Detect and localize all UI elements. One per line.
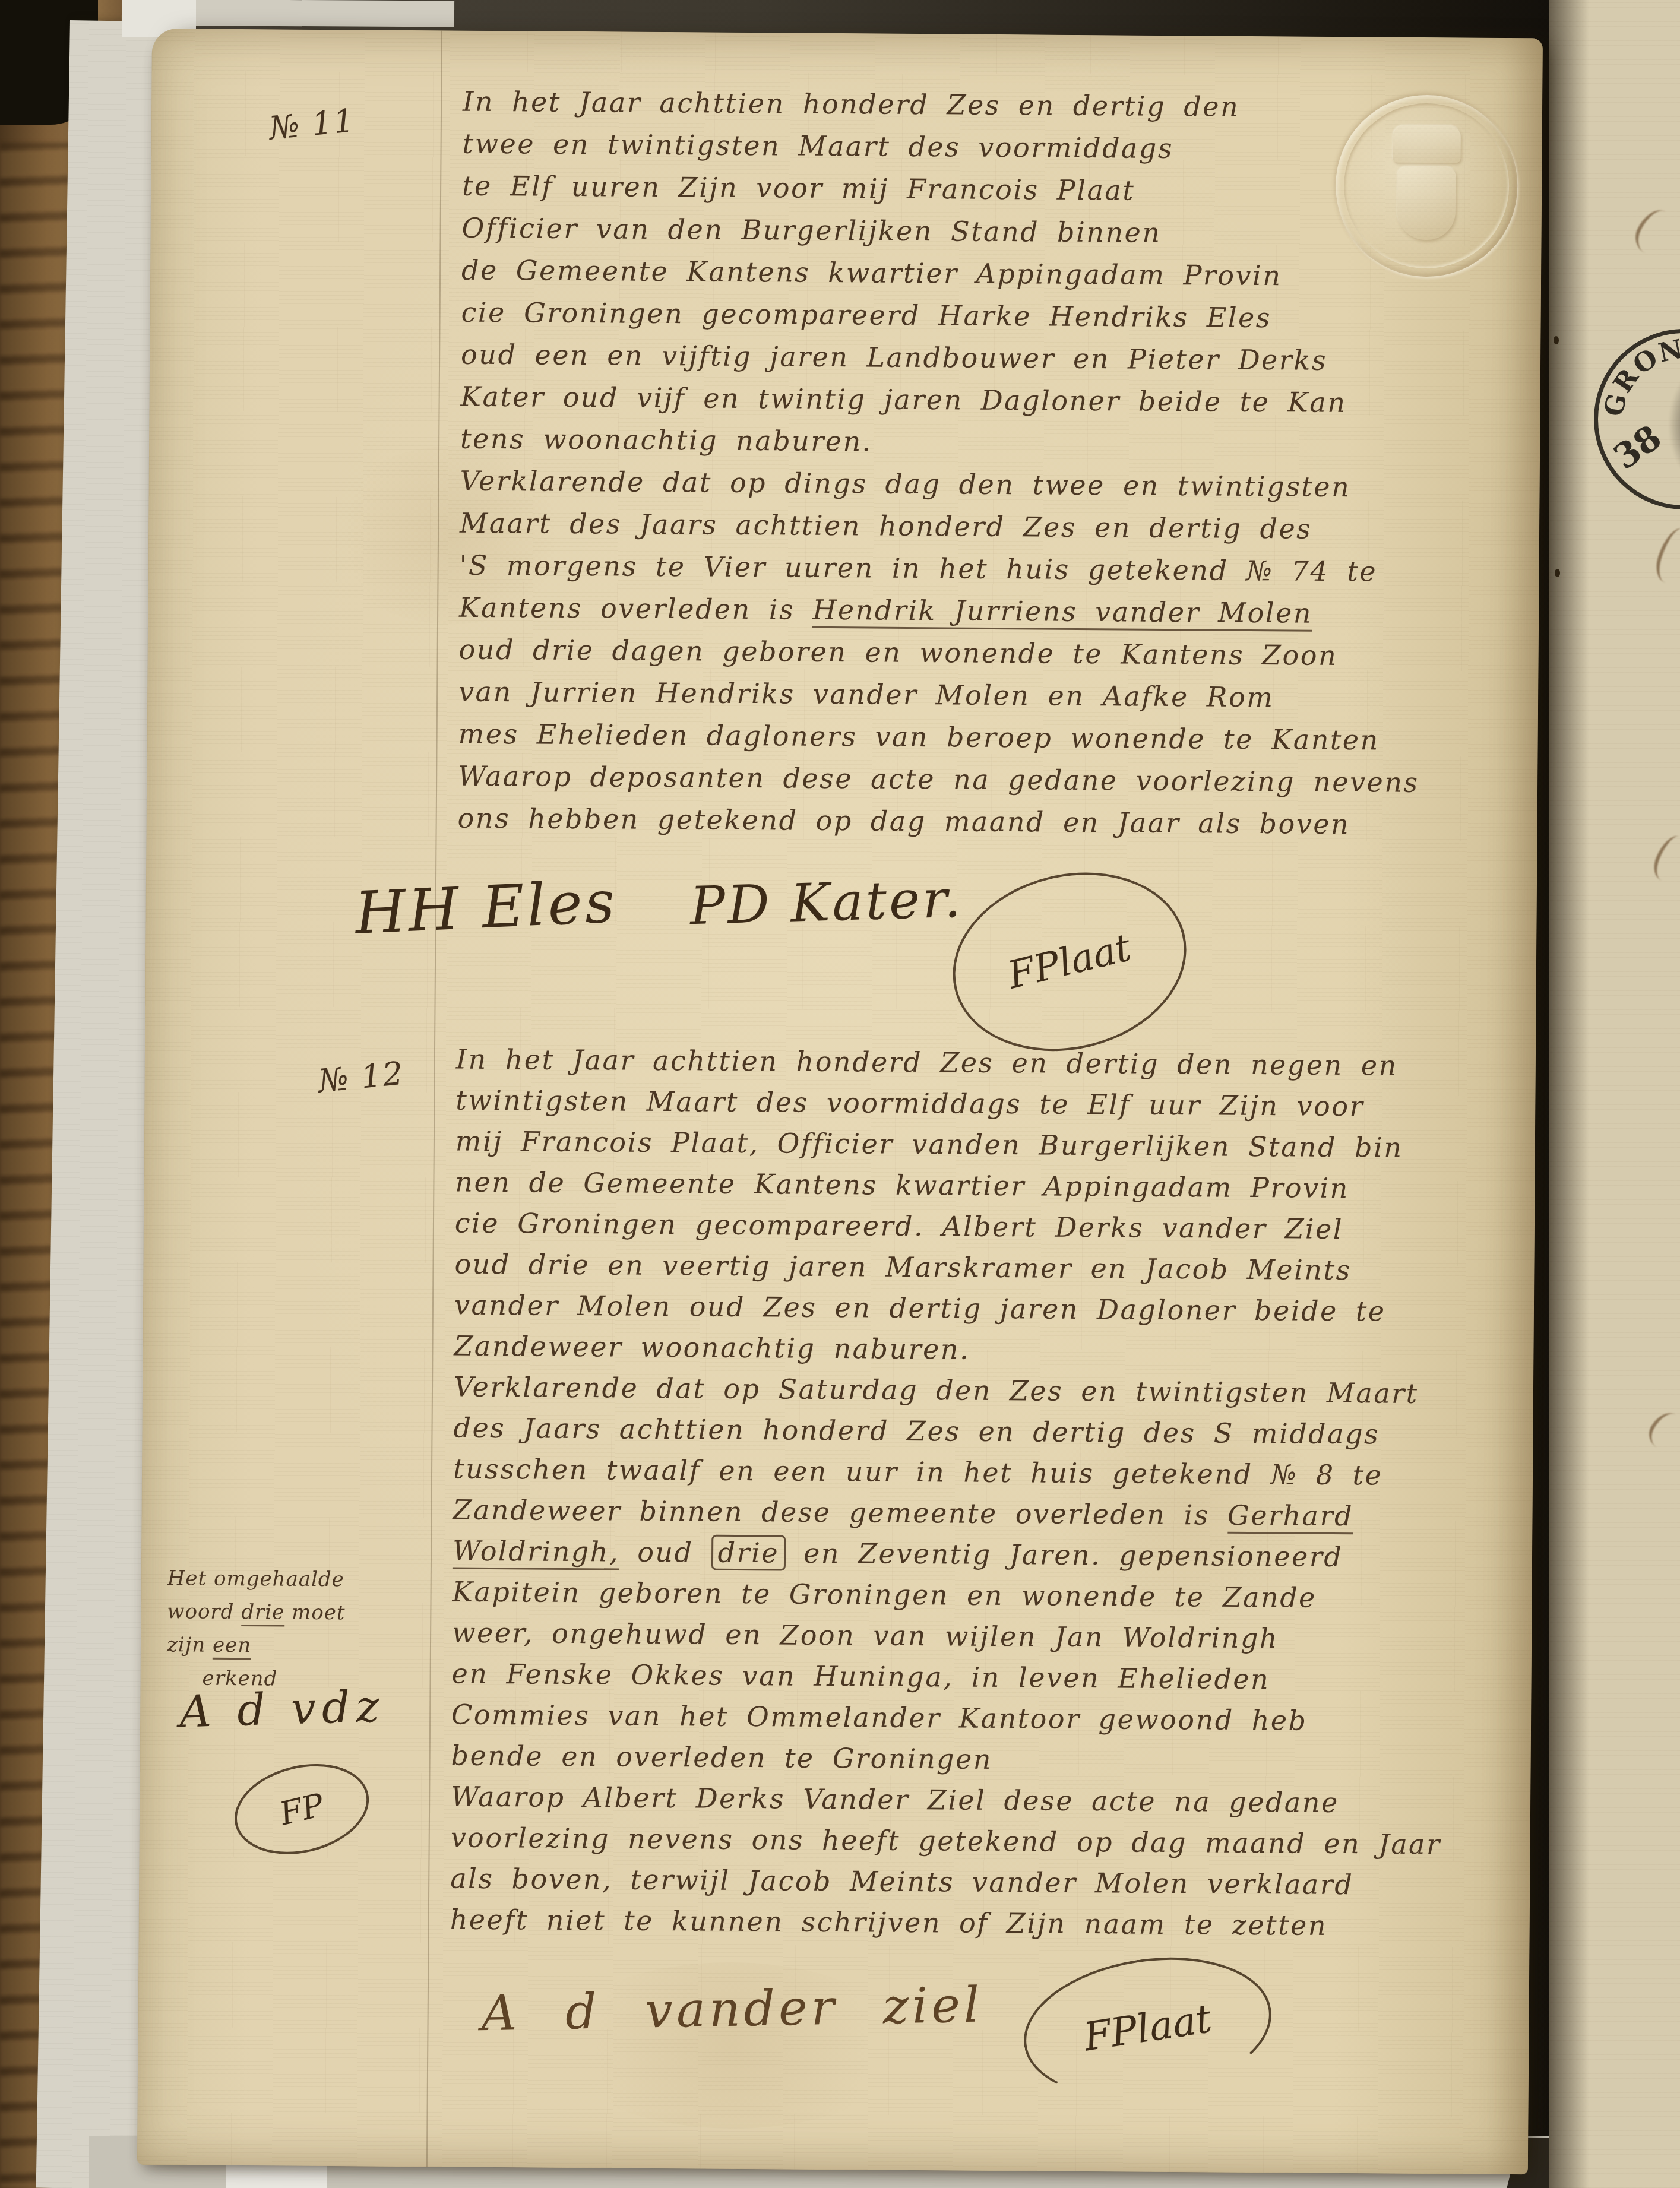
act2-line: Kapitein geboren te Groningen en wonende…	[452, 1572, 1533, 1620]
margin-correction-note: Het omgehaalde woord drie moet zijn een …	[166, 1562, 346, 1696]
act2-line: weer, ongehuwd en Zoon van wijlen Jan Wo…	[452, 1613, 1533, 1661]
stamp-digits: 38	[1606, 417, 1669, 477]
act2-line: heeft niet te kunnen schrijven of Zijn n…	[450, 1899, 1531, 1948]
boxed-corrected-word: drie	[711, 1535, 786, 1571]
binding-hole	[1555, 569, 1560, 577]
act1-line: twee en twintigsten Maart des voormiddag…	[462, 123, 1543, 173]
margin-note-part: zijn	[167, 1633, 213, 1657]
act2-line-corrected: Woldringh, oud drie en Zeventig Jaren. g…	[453, 1531, 1533, 1579]
act2-line: Verklarende dat op Saturdag den Zes en t…	[454, 1367, 1535, 1416]
margin-initials-advdz: A d vdz	[179, 1681, 385, 1738]
act1-line: cie Groningen gecompareerd Harke Hendrik…	[461, 292, 1542, 341]
signature-pd-kater: PD Kater.	[689, 868, 963, 937]
act1-line13-pre: Kantens overleden is	[459, 591, 813, 626]
act2-line: en Fenske Okkes van Huninga, in leven Eh…	[451, 1654, 1532, 1702]
paraph-fp: FP	[276, 1786, 328, 1833]
register-page: № 11 In het Jaar achttien honderd Zes en…	[137, 29, 1543, 2174]
act1-line: Waarop deposanten dese acte na gedane vo…	[458, 755, 1539, 805]
act2-line: tusschen twaalf en een uur in het huis g…	[453, 1449, 1534, 1497]
act1-line: de Gemeente Kantens kwartier Appingadam …	[461, 249, 1542, 299]
act1-line: tens woonachtig naburen.	[460, 418, 1541, 468]
act2-line: Commies van het Ommelander Kantoor gewoo…	[451, 1695, 1532, 1743]
margin-note-line: zijn een	[167, 1628, 346, 1663]
margin-note-part: moet	[284, 1601, 346, 1625]
deceased-name-underlined: Gerhard	[1227, 1499, 1353, 1534]
cut-off-writing-mark	[1651, 524, 1680, 588]
act1-line: van Jurrien Hendriks vander Molen en Aaf…	[458, 671, 1539, 721]
act2-line: In het Jaar achttien honderd Zes en dert…	[456, 1039, 1537, 1088]
act2-line: als boven, terwijl Jacob Meints vander M…	[450, 1858, 1531, 1907]
act-11-text: In het Jaar achttien honderd Zes en dert…	[457, 81, 1543, 847]
act1-line: mes Ehelieden dagloners van beroep wonen…	[458, 713, 1539, 763]
act2-line13-mid: oud	[619, 1536, 711, 1569]
act2-line: oud drie en veertig jaren Marskramer en …	[454, 1244, 1535, 1293]
act1-line: 'S morgens te Vier uuren in het huis get…	[459, 544, 1540, 594]
margin-note-line: Het omgehaalde	[167, 1562, 346, 1596]
act2-line: nen de Gemeente Kantens kwartier Appinga…	[455, 1162, 1536, 1211]
facing-page-edge: G R O N 38	[1549, 0, 1680, 2188]
act2-line-deceased: Zandeweer binnen dese gemeente overleden…	[453, 1490, 1533, 1538]
gutter-shadow	[1549, 0, 1596, 2188]
act1-line: Maart des Jaars achttien honderd Zes en …	[460, 502, 1540, 552]
cut-off-writing-mark	[1643, 1407, 1680, 1455]
act2-line12-pre: Zandeweer binnen dese gemeente overleden…	[453, 1494, 1227, 1531]
signature-f-plaat: FPlaat	[1004, 926, 1135, 998]
margin-note-word-drie: drie	[241, 1600, 284, 1627]
act1-line: oud een en vijftig jaren Landbouwer en P…	[461, 334, 1542, 384]
deceased-surname-underlined: Woldringh,	[453, 1535, 619, 1570]
act1-line-deceased: Kantens overleden is Hendrik Jurriens va…	[459, 587, 1540, 637]
stamp-coat-of-arms-smudge	[1669, 357, 1680, 493]
act1-line: Kater oud vijf en twintig jaren Dagloner…	[460, 376, 1541, 426]
cut-off-writing-mark	[1649, 831, 1680, 885]
margin-note-line: woord drie moet	[167, 1595, 346, 1629]
signature-f-plaat-2: FPlaat	[1081, 1996, 1215, 2060]
deceased-name-underlined: Hendrik Jurriens vander Molen	[812, 594, 1312, 632]
act2-line: voorlezing nevens ons heeft getekend op …	[450, 1817, 1531, 1866]
act1-line: oud drie dagen geboren en wonende te Kan…	[458, 629, 1539, 679]
stamp-arc-letter: G	[1599, 392, 1632, 419]
cut-off-writing-mark	[1630, 204, 1680, 261]
act1-line: te Elf uuren Zijn voor mij Francois Plaa…	[462, 165, 1543, 215]
act1-line: ons hebben getekend op dag maand en Jaar…	[457, 797, 1538, 847]
margin-note-part: woord	[167, 1600, 241, 1624]
groningen-ink-stamp: G R O N 38	[1594, 329, 1680, 509]
act2-line13-post: en Zeventig Jaren. gepensioneerd	[786, 1537, 1343, 1573]
signature-hh-eles: HH Eles	[353, 868, 618, 948]
signature-vander-ziel: A d vander ziel	[481, 1977, 983, 2043]
act2-line: Waarop Albert Derks Vander Ziel dese act…	[451, 1777, 1532, 1825]
act1-line: In het Jaar achttien honderd Zes en dert…	[463, 81, 1543, 131]
act2-line: des Jaars achttien honderd Zes en dertig…	[453, 1408, 1534, 1456]
scanned-register-page: { "colors": { "paper": "#e2d3ae", "ink":…	[0, 0, 1680, 2188]
margin-note-word-een: een	[213, 1633, 251, 1660]
act2-line: bende en overleden te Groningen	[451, 1736, 1532, 1784]
act1-line: Officier van den Burgerlijken Stand binn…	[461, 207, 1542, 257]
act2-line: cie Groningen gecompareerd. Albert Derks…	[455, 1203, 1536, 1252]
act2-line: mij Francois Plaat, Officier vanden Burg…	[455, 1121, 1536, 1170]
act2-line: twintigsten Maart des voormiddags te Elf…	[455, 1080, 1536, 1129]
binding-hole	[1554, 336, 1559, 344]
act2-line: Zandeweer woonachtig naburen.	[454, 1326, 1535, 1375]
act1-line: Verklarende dat op dings dag den twee en…	[460, 460, 1540, 510]
act-12-text: In het Jaar achttien honderd Zes en dert…	[450, 1039, 1537, 1948]
act2-line: vander Molen oud Zes en dertig jaren Dag…	[454, 1285, 1535, 1334]
